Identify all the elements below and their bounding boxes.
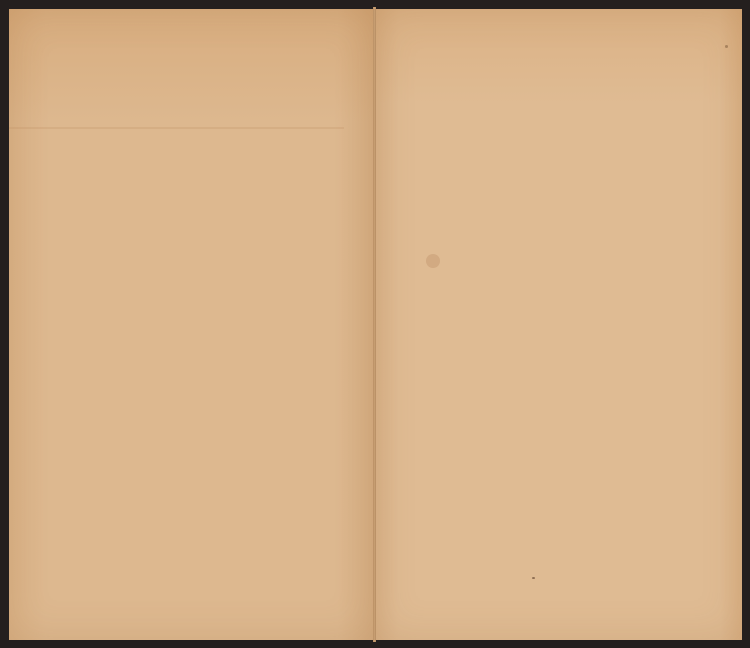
- paper-speck: [532, 577, 535, 579]
- paper-speck: [725, 45, 728, 48]
- left-page: [9, 9, 374, 640]
- paper-stain: [426, 254, 440, 268]
- right-page: [376, 9, 742, 640]
- book-spread: [0, 0, 750, 648]
